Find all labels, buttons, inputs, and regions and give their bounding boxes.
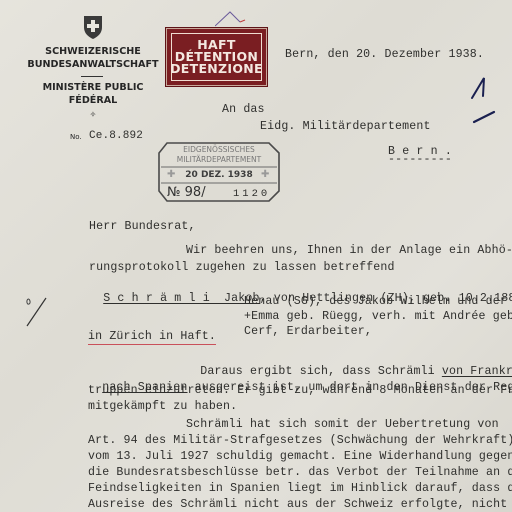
letterhead-divider bbox=[81, 76, 103, 77]
letterhead-line-1: SCHWEIZERISCHE bbox=[18, 46, 168, 57]
detention-label: HAFT DÉTENTION DETENZIONE bbox=[165, 27, 268, 87]
reference-number: Ce.8.892 bbox=[89, 130, 143, 142]
paragraph-3-line-5: Feindseligkeiten in Spanien liegt im Hin… bbox=[88, 482, 512, 495]
salutation: Herr Bundesrat, bbox=[89, 220, 196, 233]
ornament-icon: ✧ bbox=[18, 110, 168, 119]
recipient-city-underline: --------- bbox=[388, 153, 452, 166]
paragraph-3-line-4: die Bundesratsbeschlüsse betr. das Verbo… bbox=[88, 466, 512, 479]
paragraph-1-line-1: Wir beehren uns, Ihnen in der Anlage ein… bbox=[186, 244, 512, 257]
handwritten-mark-icon bbox=[468, 72, 502, 127]
letterhead-line-3: MINISTÈRE PUBLIC bbox=[18, 82, 168, 93]
stamp-line-2: MILITÄRDEPARTEMENT bbox=[157, 155, 281, 164]
pencil-mark-icon bbox=[215, 8, 255, 28]
subject-detail-1: Henau (SG), des Jakob Wilhelm und der bbox=[244, 295, 507, 308]
paragraph-3-line-1: Schrämli hat sich somit der Uebertretung… bbox=[186, 418, 499, 431]
paragraph-3-line-6: Ausreise des Schrämli nicht aus der Schw… bbox=[88, 498, 512, 511]
handwritten-margin-mark-icon bbox=[24, 296, 50, 328]
paragraph-3-line-3: vom 13. Juli 1927 schuldig gemacht. Eine… bbox=[88, 450, 512, 463]
reference-label: No. bbox=[70, 133, 82, 141]
recipient-line-2: Eidg. Militärdepartement bbox=[260, 120, 431, 133]
stamp-line-1: EIDGENÖSSISCHES bbox=[157, 145, 281, 154]
recipient-line-1: An das bbox=[222, 103, 265, 116]
paragraph-3-line-2: Art. 94 des Militär-Strafgesetzes (Schwä… bbox=[88, 434, 512, 447]
paragraph-2-line-4: mitgekämpft zu haben. bbox=[88, 400, 237, 413]
subject-detail-2: +Emma geb. Rüegg, verh. mit Andrée geb. bbox=[244, 310, 512, 323]
subject-detail-3: Cerf, Erdarbeiter, bbox=[244, 325, 372, 338]
stamp-number-prefix: № 98/ bbox=[167, 185, 206, 200]
letterhead-line-4: FÉDÉRAL bbox=[18, 95, 168, 106]
date-line: Bern, den 20. Dezember 1938. bbox=[285, 48, 484, 61]
paragraph-1-line-2: rungsprotokoll zugehen zu lassen betreff… bbox=[89, 261, 395, 274]
stamp-cross-right-icon: ✚ bbox=[261, 169, 269, 180]
paragraph-2-line-3: truppen einzutreten. Er gibt zu, während… bbox=[88, 384, 512, 397]
subject-name: S c h r ä m l i Jakob bbox=[103, 292, 259, 305]
custody-status: in Zürich in Haft. bbox=[88, 330, 216, 345]
received-stamp: EIDGENÖSSISCHES MILITÄRDEPARTEMENT ✚ 20 … bbox=[157, 141, 281, 203]
letterhead-line-2: BUNDESANWALTSCHAFT bbox=[18, 59, 168, 70]
swiss-crest-icon bbox=[82, 14, 104, 40]
stamp-number: 1120 bbox=[233, 188, 270, 200]
detention-label-line-3: DETENZIONE bbox=[170, 63, 263, 75]
